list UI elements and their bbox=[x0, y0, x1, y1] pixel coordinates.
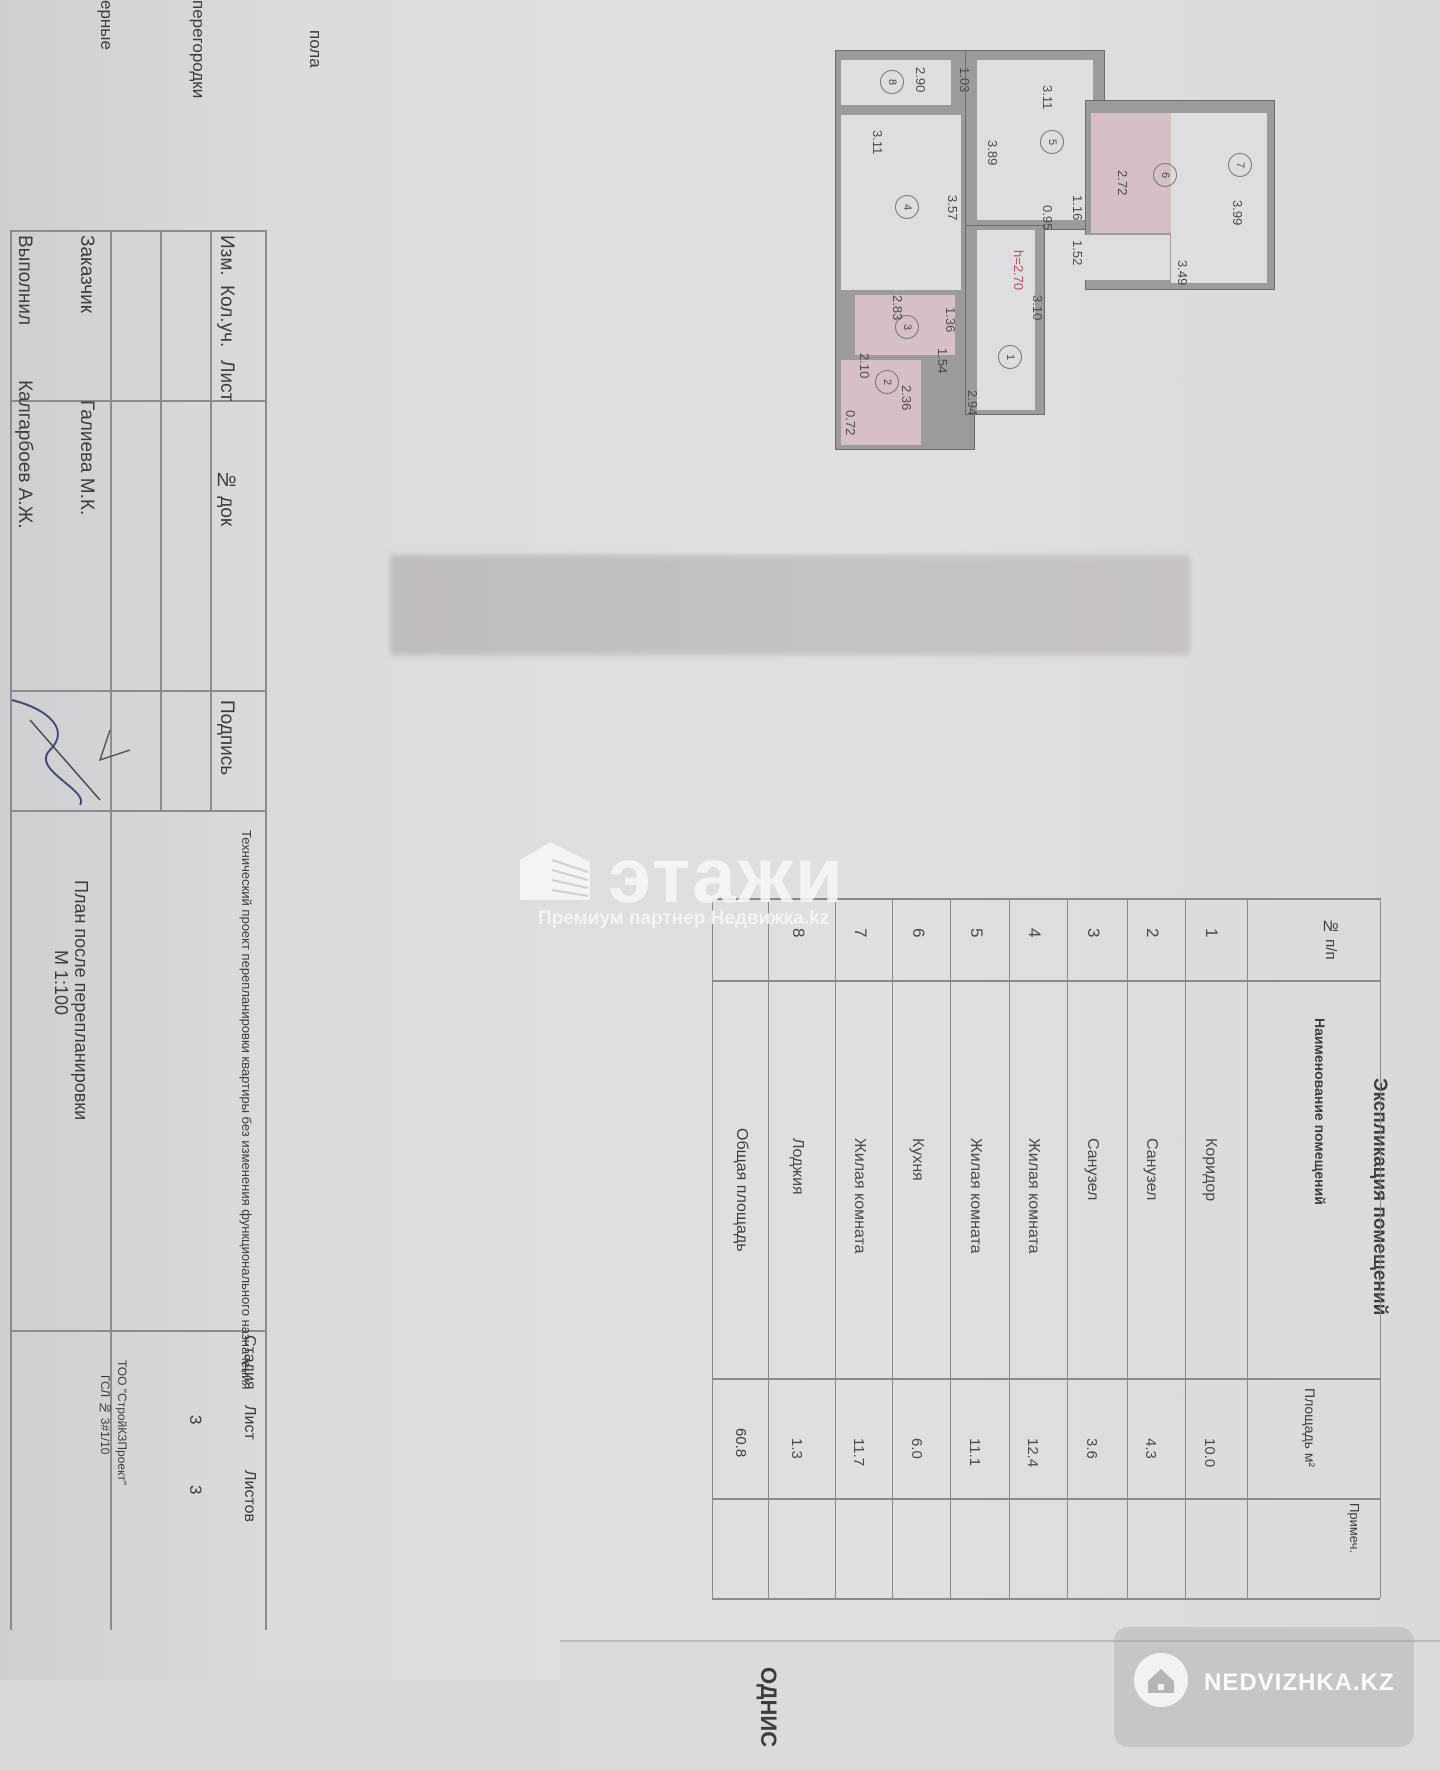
dimension: 3.89 bbox=[985, 140, 1000, 165]
ceiling-height: h=2.70 bbox=[1011, 250, 1026, 290]
explication-row-num: 4 bbox=[1024, 928, 1044, 937]
redacted-region bbox=[390, 555, 1190, 655]
stage-label: Стадия bbox=[240, 1335, 258, 1390]
explication-row-area: 1.3 bbox=[788, 1438, 805, 1459]
room-number: 5 bbox=[1040, 130, 1064, 154]
dimension: 0.95 bbox=[1040, 205, 1055, 230]
watermark-subtitle: Премиум партнер Недвижка.kz bbox=[538, 908, 829, 930]
total-area: 60.8 bbox=[732, 1428, 749, 1457]
header-area: Площадь м² bbox=[1302, 1388, 1318, 1467]
dimension: 0.72 bbox=[843, 410, 858, 435]
tb-role: Выполнил bbox=[13, 235, 35, 325]
header-num: № п/п bbox=[1322, 918, 1339, 960]
explication-row-area: 11.7 bbox=[850, 1438, 867, 1466]
explication-table: Экспликация помещений № п/п Наименование… bbox=[712, 898, 1380, 1598]
margin-text: пола bbox=[305, 30, 325, 68]
organization: ТОО "СтройКЗПроект" bbox=[115, 1360, 129, 1485]
tb-name: Калгарбоев А.Ж. bbox=[13, 380, 35, 529]
scale: М 1:100 bbox=[50, 950, 71, 1015]
explication-row-name: Санузел bbox=[1083, 1138, 1101, 1200]
sheet-value: 3 bbox=[185, 1415, 205, 1424]
signature bbox=[10, 690, 150, 810]
dimension: 1.54 bbox=[935, 348, 950, 373]
explication-row-name: Жилая комната bbox=[966, 1138, 984, 1254]
header-note: Примеч. bbox=[1347, 1503, 1362, 1553]
sheets-value: 3 bbox=[185, 1485, 205, 1494]
explication-row-area: 3.6 bbox=[1083, 1438, 1100, 1459]
explication-row-num: 7 bbox=[850, 928, 870, 937]
dimension: 3.49 bbox=[1175, 260, 1190, 285]
dimension: 2.10 bbox=[857, 353, 872, 378]
explication-row-name: Лоджия bbox=[788, 1138, 806, 1195]
license: ГСЛ № 3#1/10 bbox=[98, 1375, 112, 1454]
total-label: Общая площадь bbox=[732, 1128, 750, 1252]
dimension: 1.03 bbox=[957, 67, 972, 92]
explication-row-area: 6.0 bbox=[908, 1438, 925, 1459]
header-name: Наименование помещений bbox=[1312, 1018, 1328, 1205]
explication-row-name: Коридор bbox=[1201, 1138, 1219, 1201]
nedvizhka-badge: NEDVIZHKA.KZ bbox=[1114, 1627, 1414, 1747]
room-number: 7 bbox=[1228, 153, 1252, 177]
margin-text: ерные bbox=[96, 0, 116, 50]
explication-row-area: 11.1 bbox=[966, 1438, 983, 1466]
explication-title: Экспликация помещений bbox=[1368, 1078, 1390, 1315]
tb-name: Галиева М.К. bbox=[75, 400, 97, 515]
dimension: 1.52 bbox=[1070, 240, 1085, 265]
title-block: Изм. Кол.уч. Лист № док Подпись Заказчик… bbox=[10, 230, 280, 1630]
building-icon bbox=[520, 842, 590, 900]
tb-header-kolich: Кол.уч. bbox=[215, 285, 237, 347]
explication-row-area: 12.4 bbox=[1024, 1438, 1041, 1467]
dimension: 2.72 bbox=[1115, 170, 1130, 195]
dimension: 2.94 bbox=[965, 390, 980, 415]
sheet-label: Лист bbox=[240, 1405, 258, 1440]
dimension: 3.11 bbox=[1040, 85, 1055, 109]
explication-row-num: 2 bbox=[1142, 928, 1162, 937]
house-icon bbox=[1134, 1653, 1188, 1707]
explication-row-num: 5 bbox=[966, 928, 986, 937]
dimension: 3.99 bbox=[1230, 200, 1245, 225]
explication-row-num: 3 bbox=[1083, 928, 1103, 937]
tb-header-izm: Изм. bbox=[215, 235, 237, 276]
badge-label: NEDVIZHKA.KZ bbox=[1204, 1669, 1395, 1697]
dimension: 2.36 bbox=[899, 385, 914, 410]
dimension: 3.11 bbox=[870, 130, 885, 154]
margin-text: перегородки bbox=[188, 0, 208, 98]
dimension: 2.90 bbox=[913, 67, 928, 92]
tb-header-list: Лист bbox=[215, 360, 237, 401]
tb-header-signature: Подпись bbox=[215, 700, 237, 775]
floor-plan: 8 4 3 2 5 1 6 7 2.90 1.03 3.11 3.11 3.89… bbox=[835, 45, 1280, 455]
room-number: 2 bbox=[875, 370, 899, 394]
room-number: 4 bbox=[895, 195, 919, 219]
room-number: 6 bbox=[1153, 163, 1177, 187]
dimension: 3.57 bbox=[945, 195, 960, 220]
explication-row-name: Санузел bbox=[1142, 1138, 1160, 1200]
dimension: 1.16 bbox=[1070, 195, 1085, 220]
tb-header-doc: № док bbox=[215, 470, 237, 526]
explication-row-name: Жилая комната bbox=[850, 1138, 868, 1254]
dimension: 1.36 bbox=[943, 307, 958, 332]
dimension: 3.10 bbox=[1030, 295, 1045, 320]
explication-row-area: 10.0 bbox=[1201, 1438, 1218, 1467]
tb-role: Заказчик bbox=[75, 235, 97, 313]
explication-row-num: 6 bbox=[908, 928, 928, 937]
room-number: 1 bbox=[998, 345, 1022, 369]
room-number: 8 bbox=[880, 70, 904, 94]
dimension: 2.83 bbox=[890, 295, 905, 320]
explication-row-name: Кухня bbox=[908, 1138, 926, 1181]
sheets-label: Листов bbox=[240, 1470, 258, 1522]
explication-row-name: Жилая комната bbox=[1024, 1138, 1042, 1254]
explication-row-area: 4.3 bbox=[1142, 1438, 1159, 1459]
next-page-text: ОДНИС bbox=[755, 1667, 781, 1747]
explication-row-num: 1 bbox=[1201, 928, 1221, 937]
sheet-title: План после перепланировки bbox=[70, 880, 91, 1120]
project-title: Технический проект перепланировки кварти… bbox=[215, 830, 255, 1389]
